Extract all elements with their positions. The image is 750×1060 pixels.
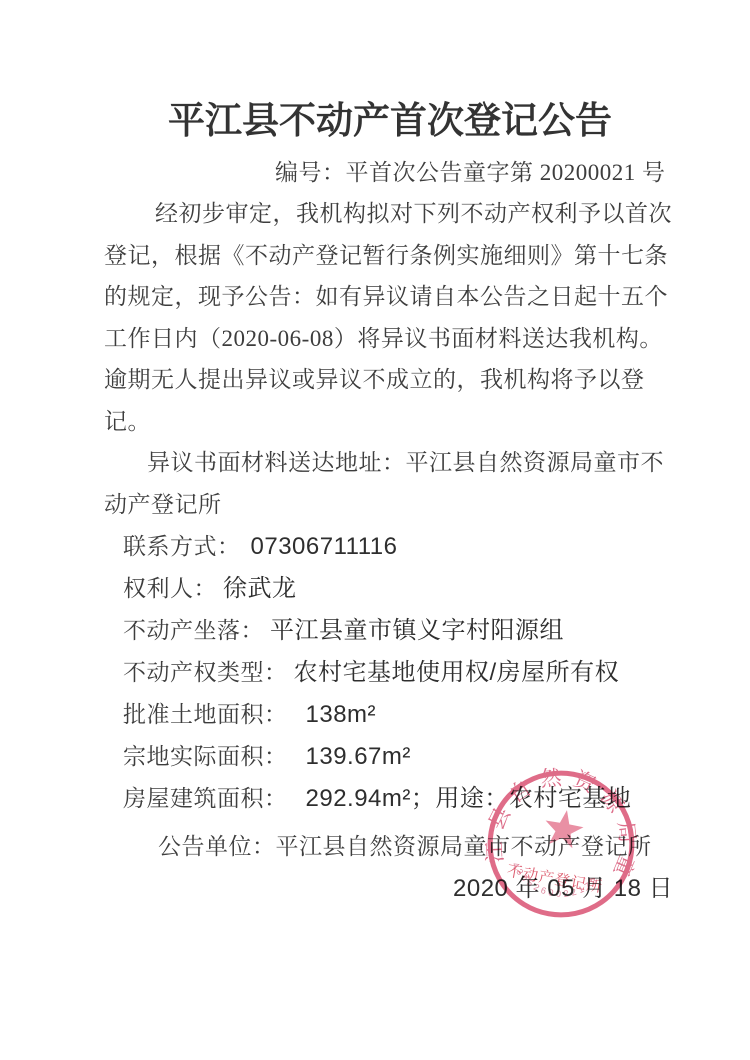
field-value: 徐武龙: [223, 575, 297, 602]
body-paragraph-line: 逾期无人提出异议或异议不成立的，我机构将予以登: [104, 363, 645, 397]
body-paragraph-line: 的规定，现予公告：如有异议请自本公告之日起十五个: [104, 280, 668, 314]
field-value: 138m²: [306, 701, 377, 728]
page-title: 平江县不动产首次登记公告: [168, 90, 612, 144]
field-label: 批准土地面积：: [123, 702, 288, 727]
field-value: 农村宅基地使用权/房屋所有权: [294, 659, 620, 686]
field-label: 不动产坐落：: [123, 618, 264, 643]
body-paragraph-line: 记。: [104, 405, 151, 439]
field-label: 房屋建筑面积：: [123, 786, 288, 811]
field-property-right-type: 不动产权类型：农村宅基地使用权/房屋所有权: [123, 656, 619, 690]
seal-star-icon: [542, 807, 586, 850]
field-property-location: 不动产坐落：平江县童市镇义字村阳源组: [123, 614, 564, 648]
field-parcel-actual-area: 宗地实际面积：139.67m²: [123, 740, 411, 774]
field-label: 权利人：: [123, 576, 217, 601]
field-approved-land-area: 批准土地面积：138m²: [123, 698, 376, 732]
field-contact: 联系方式：07306711116: [123, 530, 397, 564]
body-paragraph-line: 工作日内（2020-06-08）将异议书面材料送达我机构。: [104, 322, 663, 356]
field-rights-holder: 权利人：徐武龙: [123, 572, 297, 606]
field-label: 联系方式：: [123, 534, 241, 559]
doc-number: 编号：平首次公告童字第 20200021 号: [275, 156, 666, 190]
announcement-page: 平江县不动产首次登记公告 编号：平首次公告童字第 20200021 号 经初步审…: [0, 0, 750, 1060]
dissent-address-line: 异议书面材料送达地址：平江县自然资源局童市不: [147, 446, 664, 480]
field-value: 139.67m²: [306, 743, 411, 770]
body-paragraph-line: 登记，根据《不动产登记暂行条例实施细则》第十七条: [104, 239, 668, 273]
field-label: 不动产权类型：: [123, 660, 288, 685]
field-value: 07306711116: [251, 533, 398, 560]
dissent-address-line: 动产登记所: [104, 488, 222, 522]
official-seal: 平江县自然资源局童市 不动产登记所 4305260022178: [467, 750, 655, 938]
field-label: 宗地实际面积：: [123, 744, 288, 769]
body-paragraph-line: 经初步审定，我机构拟对下列不动产权利予以首次: [104, 197, 672, 231]
field-value: 平江县童市镇义字村阳源组: [270, 617, 564, 644]
